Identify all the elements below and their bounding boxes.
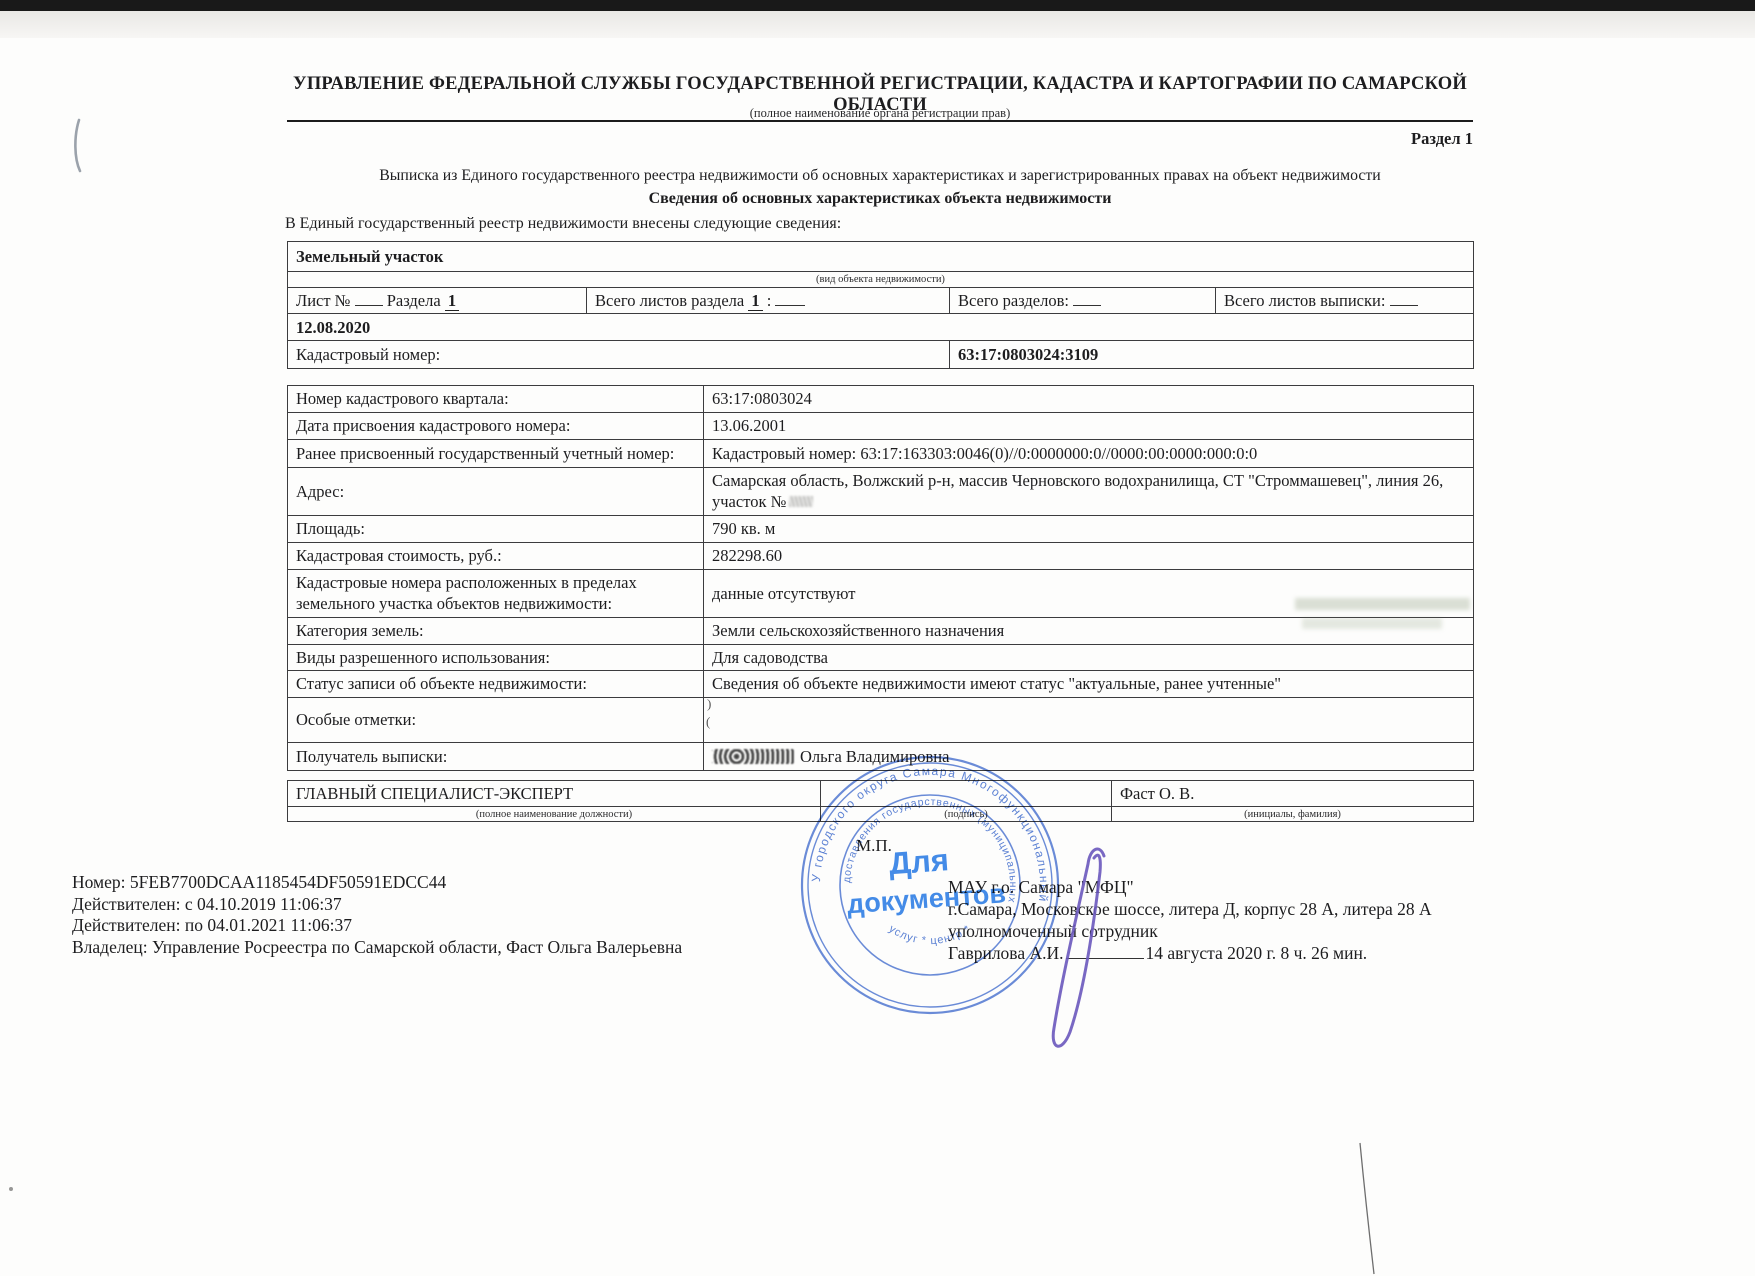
sheets-in-section-cell: Всего листов раздела 1 :	[587, 288, 950, 314]
official-stamp: МАУ городского округа Самара Многофункци…	[795, 750, 1065, 1020]
blank-line	[775, 291, 805, 306]
name-cell: Фаст О. В.	[1112, 781, 1474, 807]
document-title: Выписка из Единого государственного реес…	[250, 167, 1510, 185]
certificate-valid-from: Действителен: с 04.10.2019 11:06:37	[72, 894, 682, 916]
mfc-datetime: 14 августа 2020 г. 8 ч. 26 мин.	[1146, 943, 1368, 963]
scanned-egrn-extract-page: УПРАВЛЕНИЕ ФЕДЕРАЛЬНОЙ СЛУЖБЫ ГОСУДАРСТВ…	[0, 0, 1755, 1276]
scan-artifact-line	[1360, 1143, 1374, 1274]
cadastral-number-value: 63:17:0803024:3109	[950, 341, 1474, 369]
certificate-owner: Владелец: Управление Росреестра по Самар…	[72, 937, 682, 959]
total-sections-cell: Всего разделов:	[950, 288, 1216, 314]
stamp-center-line1: Для	[888, 842, 950, 881]
object-type-caption: (вид объекта недвижимости)	[288, 272, 1474, 288]
object-header-table: Земельный участок (вид объекта недвижимо…	[287, 241, 1474, 369]
table-row: Статус записи об объекте недвижимости:Св…	[288, 671, 1474, 698]
section-label: Раздел 1	[287, 129, 1473, 149]
total-sheets-cell: Всего листов выписки:	[1216, 288, 1474, 314]
table-row: Категория земель:Земли сельскохозяйствен…	[288, 617, 1474, 644]
table-row: Кадастровые номера расположенных в преде…	[288, 569, 1474, 617]
certificate-valid-to: Действителен: по 04.01.2021 11:06:37	[72, 915, 682, 937]
table-row: Площадь:790 кв. м	[288, 515, 1474, 542]
certificate-block: Номер: 5FEB7700DCAA1185454DF50591EDCC44 …	[72, 872, 682, 958]
document-subtitle: Сведения об основных характеристиках объ…	[287, 190, 1473, 208]
address-value: Самарская область, Волжский р-н, массив …	[704, 468, 1474, 516]
signature-blank-line	[1066, 943, 1144, 959]
residual-mark: (	[706, 714, 710, 730]
blank-line	[1390, 291, 1418, 306]
table-row: Номер кадастрового квартала:63:17:080302…	[288, 386, 1474, 413]
staple-artifact	[75, 120, 80, 171]
name-caption: (инициалы, фамилия)	[1112, 807, 1474, 822]
blank-line	[1073, 291, 1101, 306]
characteristics-table: Номер кадастрового квартала:63:17:080302…	[287, 385, 1474, 771]
bleed-through-ghost	[1295, 598, 1470, 610]
scan-edge-bar	[0, 0, 1755, 11]
cadastral-number-label: Кадастровый номер:	[288, 341, 950, 369]
scan-edge-band	[0, 11, 1755, 38]
position-cell: ГЛАВНЫЙ СПЕЦИАЛИСТ-ЭКСПЕРТ	[288, 781, 821, 807]
residual-mark: )	[707, 696, 711, 712]
intro-line: В Единый государственный реестр недвижим…	[285, 215, 841, 233]
stamp-center-line2: документов	[846, 878, 1007, 919]
object-type-cell: Земельный участок	[288, 242, 1474, 272]
stamp-ring-bottom-text: услуг * центр *	[887, 923, 974, 947]
table-row: Дата присвоения кадастрового номера:13.0…	[288, 413, 1474, 440]
redacted-plot-number	[789, 496, 813, 507]
table-row: Ранее присвоенный государственный учетны…	[288, 440, 1474, 468]
certificate-number: Номер: 5FEB7700DCAA1185454DF50591EDCC44	[72, 872, 682, 894]
table-row: Кадастровая стоимость, руб.:282298.60	[288, 542, 1474, 569]
special-notes-value	[704, 698, 1474, 743]
scan-speck	[9, 1187, 13, 1191]
svg-text:услуг * центр *: услуг * центр *	[887, 923, 974, 947]
org-name-caption: (полное наименование органа регистрации …	[287, 106, 1473, 121]
position-caption: (полное наименование должности)	[288, 807, 821, 822]
table-row: Адрес:Самарская область, Волжский р-н, м…	[288, 468, 1474, 516]
blank-line	[355, 291, 383, 306]
bleed-through-ghost	[1302, 618, 1442, 629]
sheet-number-cell: Лист № Раздела 1	[288, 288, 587, 314]
extract-date-cell: 12.08.2020	[288, 314, 1474, 341]
redacted-surname	[712, 749, 794, 764]
table-row: Особые отметки:	[288, 698, 1474, 743]
table-row: Виды разрешенного использования:Для садо…	[288, 644, 1474, 670]
